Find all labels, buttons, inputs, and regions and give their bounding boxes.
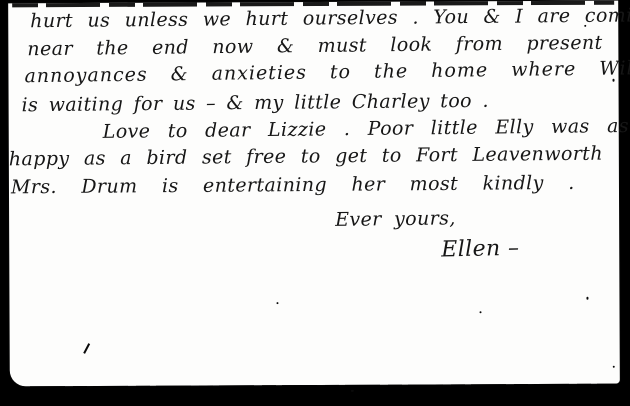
scan-speckle [351,390,354,392]
signature: Ellen – [441,236,520,263]
letter-line-3: annoyances & anxieties to the home where… [24,57,630,87]
letter-line-1: hurt us unless we hurt ourselves . You &… [30,4,630,32]
letter-line-4: is waiting for us – & my little Charley … [22,90,489,116]
letter-line-6: happy as a bird set free to get to Fort … [9,143,603,171]
scan-speckle [586,297,588,300]
scan-speckle [276,302,278,304]
scan-speckle [613,366,615,368]
scan-speckle [613,79,615,82]
letter-line-2: near the end now & must look from presen… [27,32,602,61]
letter-line-7: Mrs. Drum is entertaining her most kindl… [11,172,575,198]
scan-speckle [584,25,586,27]
closing-line: Ever yours, [335,207,456,231]
letter-scan: hurt us unless we hurt ourselves . You &… [0,0,630,406]
letter-paper: hurt us unless we hurt ourselves . You &… [8,1,620,387]
scan-speckle [480,311,482,313]
letter-line-5: Love to dear Lizzie . Poor little Elly w… [103,115,629,143]
scan-edge-bottom [10,384,620,390]
ink-stroke-mark [83,343,90,354]
